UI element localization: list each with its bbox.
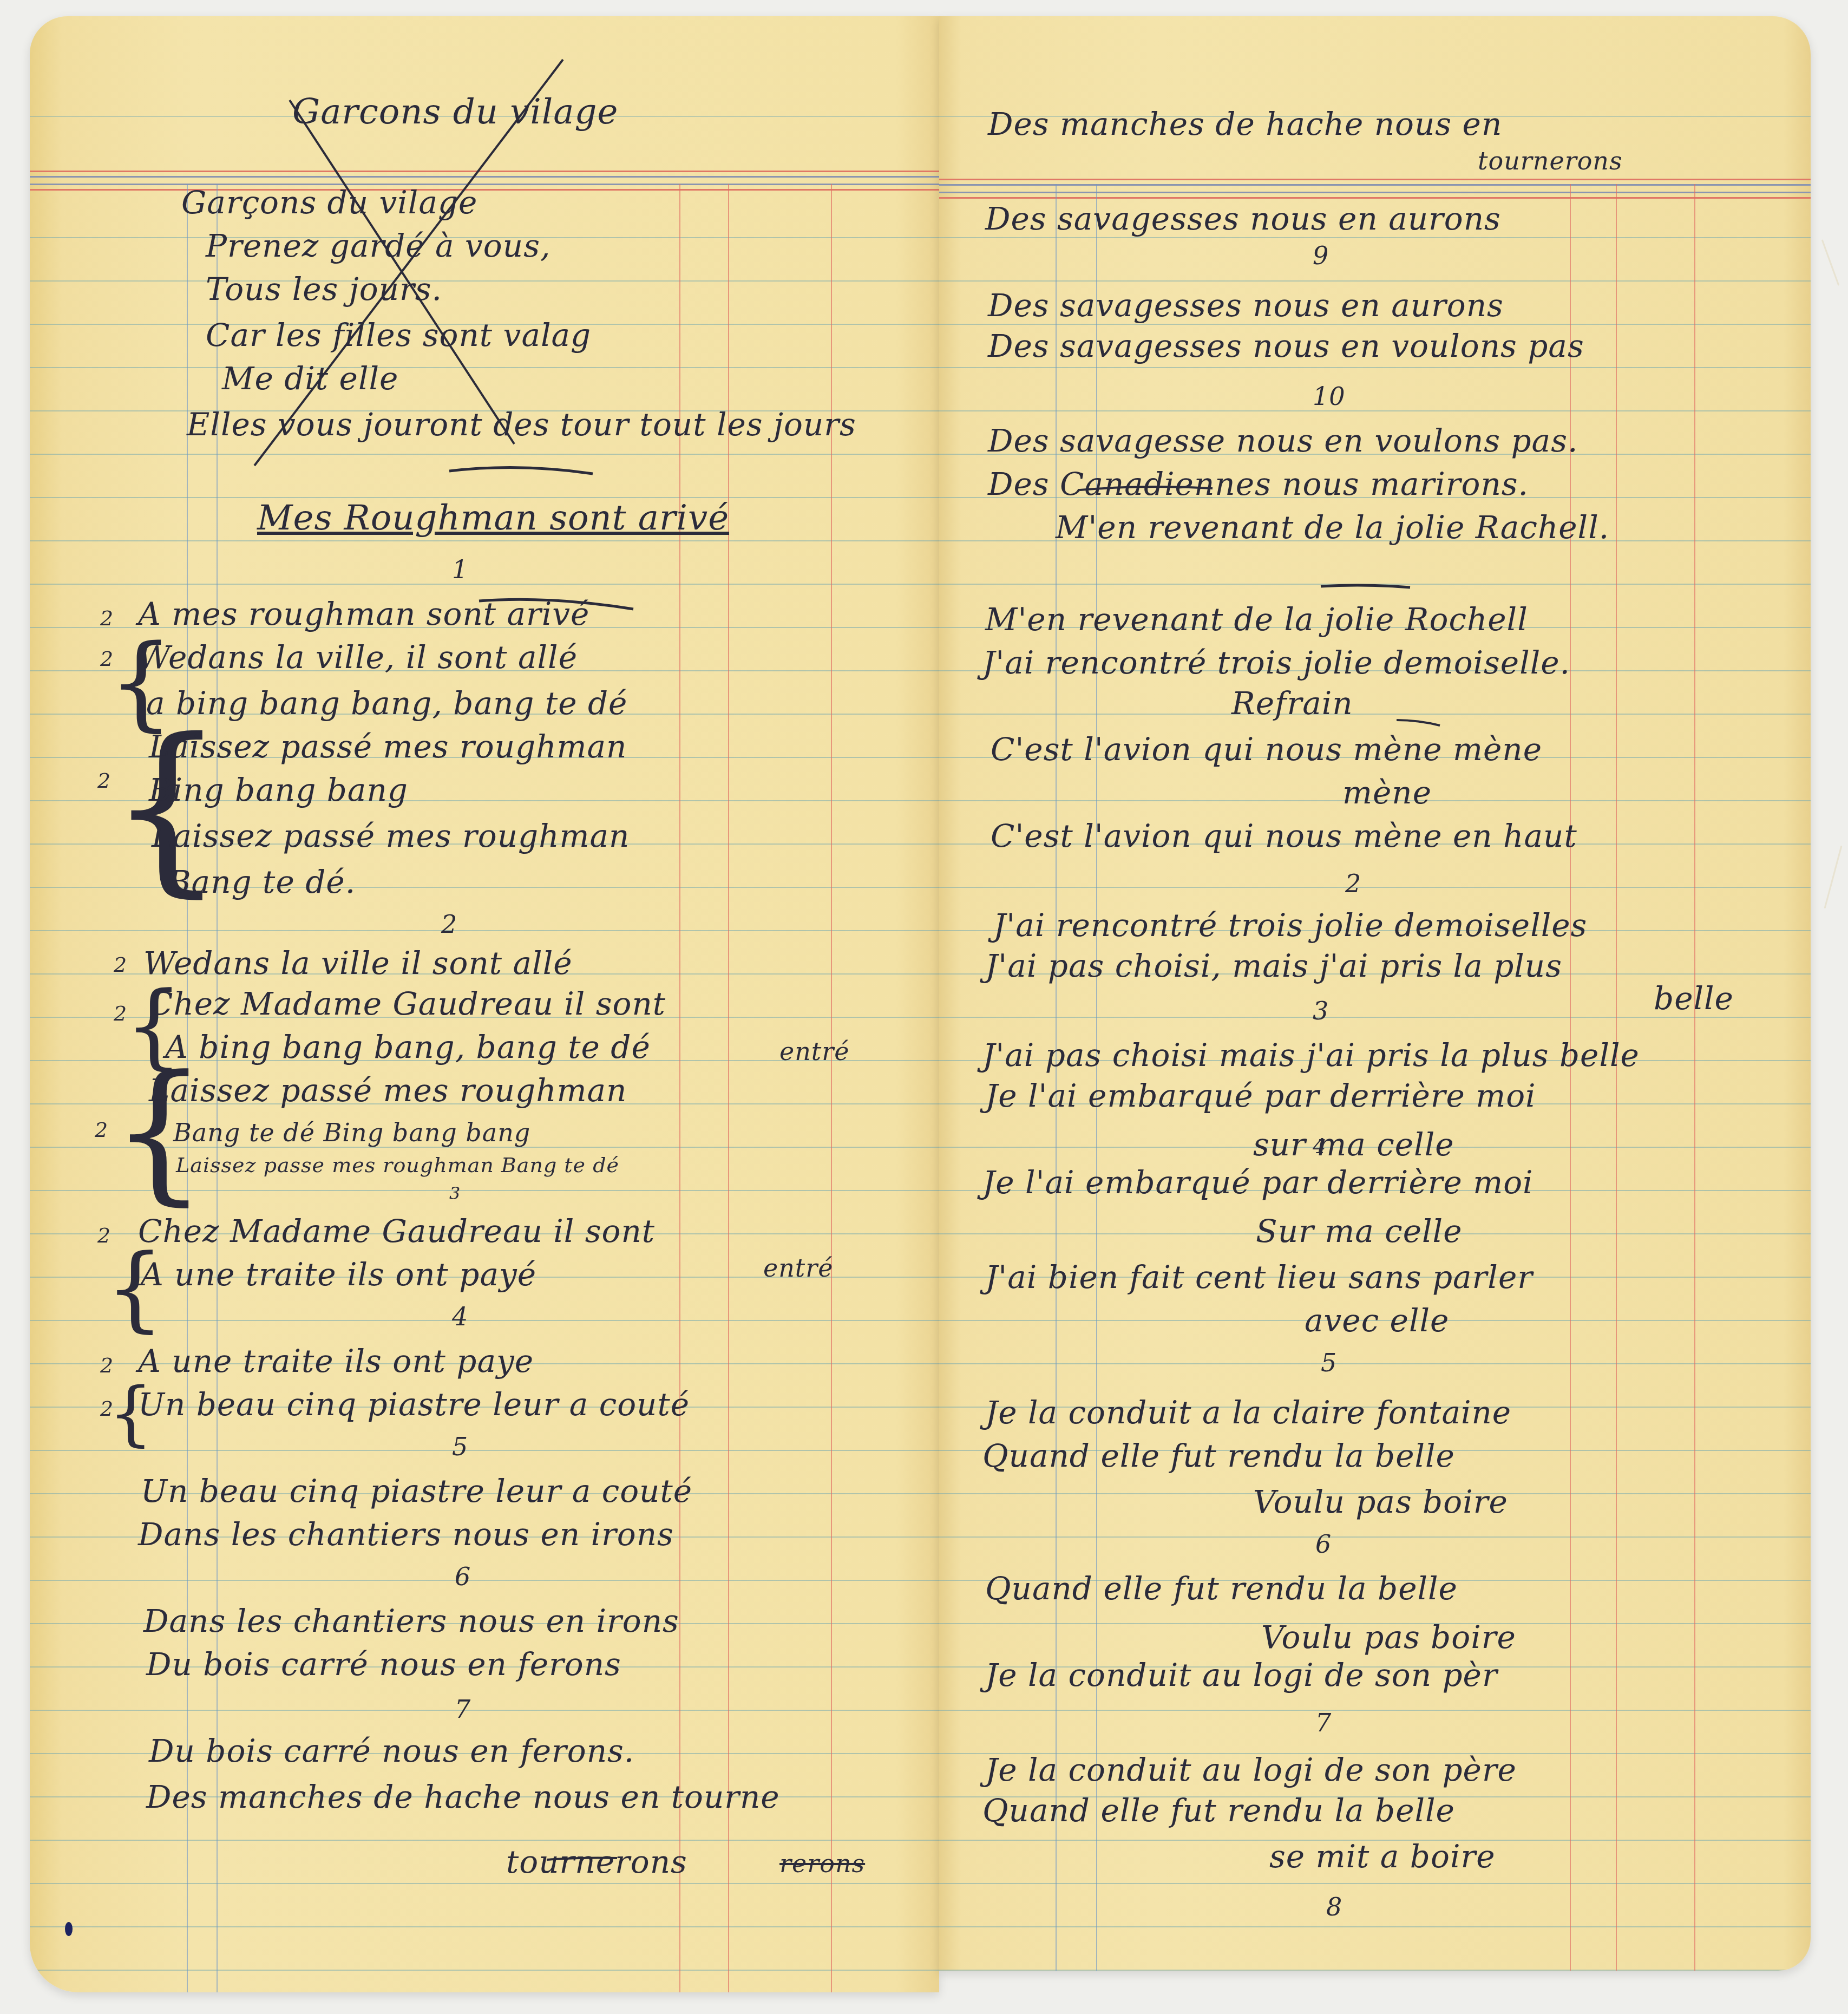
verse-line: Laissez passe mes roughman Bang te dé <box>176 1153 619 1177</box>
ruled-lines-header <box>939 16 1811 173</box>
verse-line: Voulu pas boire <box>1261 1619 1516 1656</box>
margin-line <box>831 184 832 1992</box>
crossed-line: Prenez gardé à vous, <box>206 227 551 264</box>
verse-line: Sur ma celle <box>1256 1213 1463 1250</box>
verse-continuation: tournerons <box>506 1843 687 1880</box>
verse-number: 1 <box>452 555 468 584</box>
verse-line: Des savagesses nous en aurons <box>985 200 1501 237</box>
crossed-line: Me dit elle <box>222 360 398 397</box>
crossed-line: Car les filles sont valag <box>206 317 591 354</box>
verse-line: Dans les chantiers nous en irons <box>143 1603 679 1639</box>
verse-line: A une traite ils ont payé <box>141 1256 536 1293</box>
crossed-line: Garçons du vilage <box>181 184 477 221</box>
verse-number: 3 <box>449 1183 461 1204</box>
verse-line: se mit a boire <box>1269 1838 1495 1875</box>
verse-number: 5 <box>452 1432 468 1461</box>
verse-number: 3 <box>1313 996 1329 1025</box>
verse-line: Je la conduit a la claire fontaine <box>985 1394 1511 1431</box>
verse-line: Chez Madame Gaudreau il sont <box>138 1213 655 1250</box>
verse-line: A mes roughman sont arivé <box>138 596 589 632</box>
verse-line: Laissez passé mes roughman <box>152 818 630 854</box>
verse-number: 8 <box>1326 1892 1342 1921</box>
verse-line: Wedans la ville il sont allé <box>143 945 573 982</box>
verse-line: Chez Madame Gaudreau il sont <box>149 985 666 1022</box>
verse-line: J'ai pas choisi mais j'ai pris la plus b… <box>982 1037 1640 1074</box>
verse-number: 10 <box>1313 382 1346 411</box>
margin-line <box>728 184 729 1992</box>
verse-line: Voulu pas boire <box>1253 1483 1508 1520</box>
verse-line: J'ai rencontré trois jolie demoiselle. <box>982 644 1570 681</box>
verse-line: J'ai bien fait cent lieu sans parler <box>985 1259 1533 1296</box>
verse-line: Des manches de hache nous en tourne <box>146 1778 780 1815</box>
verse-line: J'ai pas choisi, mais j'ai pris la plus <box>985 947 1562 984</box>
verse-line: Wedans la ville, il sont allé <box>138 639 578 676</box>
margin-line <box>1694 184 1695 1971</box>
binding-thread <box>1821 239 1840 286</box>
refrain-line: C'est l'avion qui nous mène en haut <box>991 818 1577 854</box>
insertion-note: entré <box>779 1037 850 1066</box>
verse-line: Bang te dé. <box>168 864 356 900</box>
verse-number: 7 <box>1315 1708 1332 1737</box>
repeat-mark: 2 <box>95 1118 108 1142</box>
verse-line: Je la conduit au logi de son pèr <box>985 1657 1498 1693</box>
verse-line: Des savagesses nous en aurons <box>988 287 1504 324</box>
verse-number: 6 <box>455 1562 471 1591</box>
verse-line: Bang te dé Bing bang bang <box>173 1118 530 1147</box>
verse-line: Dans les chantiers nous en irons <box>138 1516 674 1553</box>
verse-number: 4 <box>452 1302 468 1331</box>
header-rule <box>30 171 939 193</box>
verse-line: Quand elle fut rendu la belle <box>982 1792 1455 1829</box>
verse-line: Des manches de hache nous en <box>988 106 1502 142</box>
verse-line: belle <box>1654 980 1734 1017</box>
crossed-song-title: Garcons du vilage <box>292 92 618 132</box>
verse-line: tournerons <box>1478 146 1623 175</box>
verse-line: J'ai rencontré trois jolie demoiselles <box>993 907 1587 944</box>
verse-line: Quand elle fut rendu la belle <box>982 1437 1455 1474</box>
verse-line: Je l'ai embarqué par derrière moi <box>985 1077 1536 1114</box>
verse-line: Quand elle fut rendu la belle <box>985 1570 1458 1607</box>
struck-text: rerons <box>779 1849 865 1878</box>
song-title: M'en revenant de la jolie Rachell. <box>1056 509 1609 546</box>
verse-line: Des savagesses nous en voulons pas <box>988 328 1584 364</box>
verse-number: 5 <box>1321 1348 1337 1377</box>
verse-line: Des Canadiennes nous marirons. <box>988 466 1529 502</box>
song-title: Mes Roughman sont arivé <box>257 498 729 538</box>
verse-line: A une traite ils ont paye <box>138 1343 534 1379</box>
verse-number: 2 <box>441 910 457 939</box>
refrain-line: mène <box>1342 774 1432 811</box>
verse-line: sur ma celle <box>1253 1126 1454 1163</box>
verse-line: Je la conduit au logi de son père <box>985 1751 1517 1788</box>
verse-line: Du bois carré nous en ferons <box>146 1646 621 1683</box>
verse-line: A bing bang bang, bang te dé <box>165 1029 651 1065</box>
verse-line: Je l'ai embarqué par derrière moi <box>982 1164 1534 1201</box>
verse-number: 6 <box>1315 1529 1332 1559</box>
verse-line: Bing bang bang <box>149 771 408 808</box>
verse-line: Un beau cinq piastre leur a couté <box>138 1386 690 1423</box>
binding-thread <box>1824 846 1843 909</box>
verse-number: 7 <box>455 1695 471 1724</box>
insertion-note: entré <box>763 1253 834 1283</box>
verse-number: 2 <box>1345 869 1361 898</box>
verse-line: Des savagesse nous en voulons pas. <box>988 422 1578 459</box>
margin-line <box>679 184 680 1992</box>
margin-line <box>1616 184 1617 1971</box>
refrain-line: C'est l'avion qui nous mène mène <box>991 731 1542 768</box>
crossed-line: Elles vous jouront des tour tout les jou… <box>187 406 856 443</box>
ink-blot <box>65 1922 73 1936</box>
verse-number: 9 <box>1313 241 1329 270</box>
header-rule <box>939 179 1811 201</box>
crossed-line: Tous les jours. <box>206 271 442 308</box>
verse-line: Un beau cinq piastre leur a couté <box>141 1473 692 1509</box>
verse-line: Laissez passé mes roughman <box>149 728 627 765</box>
verse-line: avec elle <box>1305 1302 1449 1339</box>
verse-number: 4 <box>1313 1134 1326 1158</box>
verse-line: M'en revenant de la jolie Rochell <box>985 601 1528 638</box>
refrain-label: Refrain <box>1231 685 1353 722</box>
verse-line: Laissez passé mes roughman <box>149 1072 627 1109</box>
verse-line: Du bois carré nous en ferons. <box>149 1732 634 1769</box>
